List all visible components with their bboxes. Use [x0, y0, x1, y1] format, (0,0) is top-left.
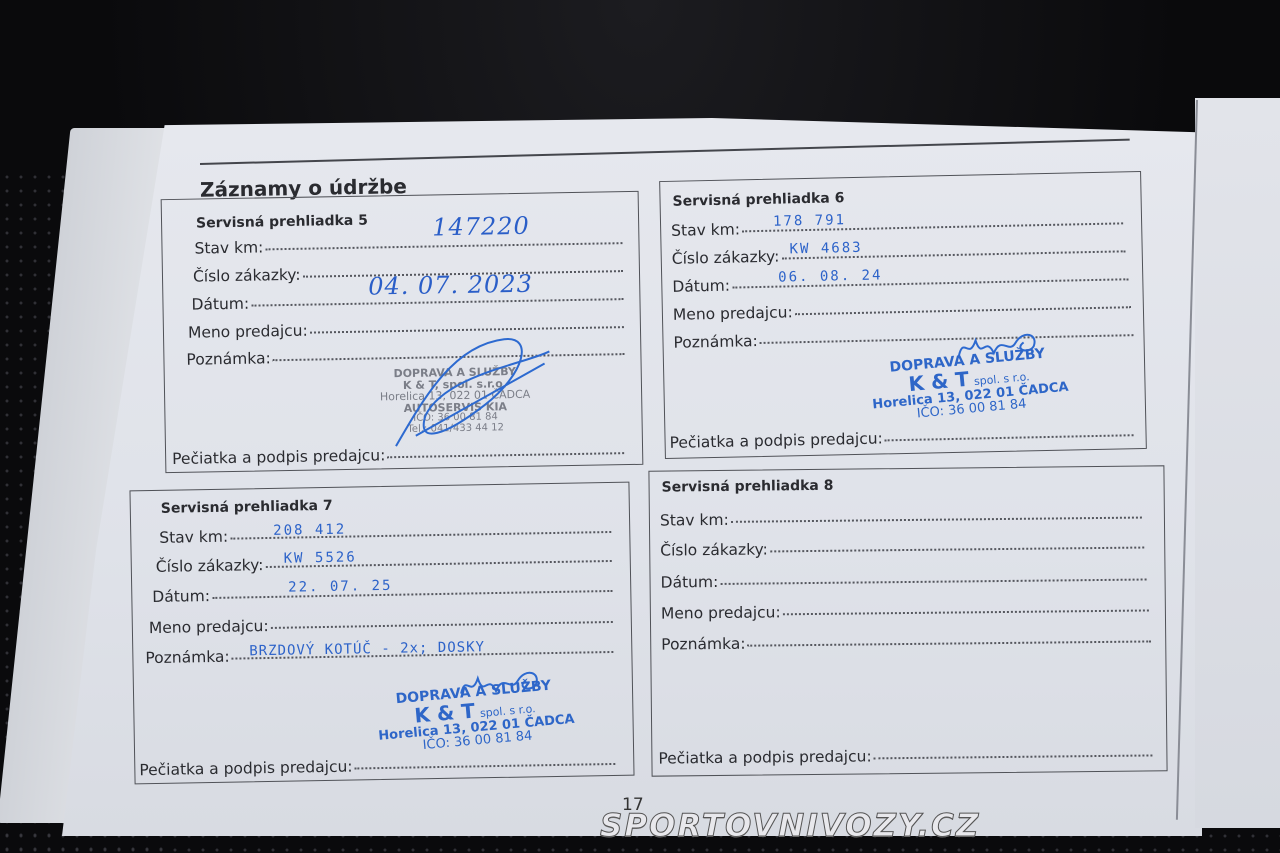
date-label: Dátum:	[152, 587, 210, 606]
stamp-sign-label: Pečiatka a podpis predajcu:	[172, 446, 386, 468]
mileage-row: Stav km:	[159, 521, 611, 547]
stamp-sign-row: Pečiatka a podpis predajcu:	[139, 753, 615, 779]
service-record-6: Servisná prehliadka 6 Stav km: 178 791 Č…	[659, 171, 1147, 459]
note-label: Poznámka:	[186, 349, 271, 368]
mileage-row: Stav km:	[671, 212, 1123, 239]
order-label: Číslo zákazky:	[193, 266, 301, 286]
mileage-row: Stav km:	[194, 232, 622, 257]
dealer-label: Meno predajcu:	[149, 617, 269, 637]
stamp-sign-row: Pečiatka a podpis predajcu:	[172, 442, 624, 468]
order-label: Číslo zákazky:	[672, 248, 780, 268]
date-label: Dátum:	[191, 295, 249, 314]
order-value: KW 4683	[789, 240, 862, 258]
record-heading: Servisná prehliadka 8	[662, 478, 834, 496]
dealer-stamp: DOPRAVA A SLUŽBY K & T spol. s r.o. Hore…	[368, 676, 583, 757]
mileage-value: 208 412	[273, 522, 346, 539]
mileage-value: 178 791	[773, 212, 846, 230]
order-row: Číslo zákazky:	[156, 550, 612, 576]
dealer-row: Meno predajcu:	[661, 599, 1149, 622]
date-value: 04. 07. 2023	[368, 270, 533, 301]
note-label: Poznámka:	[661, 635, 745, 654]
date-row: Dátum:	[660, 569, 1146, 592]
order-label: Číslo zákazky:	[156, 556, 264, 576]
order-row: Číslo zákazky:	[672, 240, 1126, 268]
record-heading: Servisná prehliadka 6	[672, 190, 844, 210]
date-value: 06. 08. 24	[778, 267, 883, 285]
dealer-row: Meno predajcu:	[673, 296, 1131, 324]
mileage-value: 147220	[432, 212, 530, 242]
stamp-sign-row: Pečiatka a podpis predajcu:	[669, 424, 1133, 452]
stamp-sign-label: Pečiatka a podpis predajcu:	[139, 758, 353, 780]
date-row: Dátum:	[672, 268, 1128, 296]
stamp-sign-row: Pečiatka a podpis predajcu:	[658, 744, 1152, 767]
dealer-row: Meno predajcu:	[149, 611, 613, 637]
record-heading: Servisná prehliadka 5	[196, 213, 368, 232]
note-label: Poznámka:	[673, 332, 758, 352]
stamp-sign-label: Pečiatka a podpis predajcu:	[669, 429, 883, 451]
note-row: Poznámka:	[661, 630, 1151, 653]
mileage-label: Stav km:	[159, 528, 228, 547]
order-row: Číslo zákazky:	[660, 537, 1144, 560]
signature-icon	[384, 333, 556, 451]
date-value: 22. 07. 25	[288, 578, 393, 596]
mileage-label: Stav km:	[660, 511, 729, 530]
service-record-8: Servisná prehliadka 8 Stav km: Číslo zák…	[648, 465, 1167, 776]
note-label: Poznámka:	[145, 648, 230, 667]
order-label: Číslo zákazky:	[660, 540, 768, 559]
mileage-label: Stav km:	[671, 220, 740, 239]
service-record-7: Servisná prehliadka 7 Stav km: 208 412 Č…	[129, 482, 634, 785]
record-heading: Servisná prehliadka 7	[161, 498, 333, 517]
date-label: Dátum:	[660, 573, 718, 592]
dealer-label: Meno predajcu:	[661, 603, 781, 622]
stamp-sign-label: Pečiatka a podpis predajcu:	[658, 747, 871, 767]
mileage-label: Stav km:	[194, 238, 263, 257]
booklet-next-page	[1195, 98, 1280, 828]
date-label: Dátum:	[672, 277, 730, 296]
dealer-stamp: DOPRAVA A SLUŽBY K & T spol. s r.o. Hore…	[862, 344, 1077, 426]
mileage-row: Stav km:	[660, 507, 1142, 530]
watermark: SPORTOVNIVOZY.CZ	[600, 808, 980, 844]
service-record-5: Servisná prehliadka 5 Stav km: 147220 Čí…	[161, 191, 644, 473]
order-value: KW 5526	[284, 549, 357, 566]
dealer-label: Meno predajcu:	[673, 303, 793, 324]
dealer-label: Meno predajcu:	[188, 322, 308, 342]
